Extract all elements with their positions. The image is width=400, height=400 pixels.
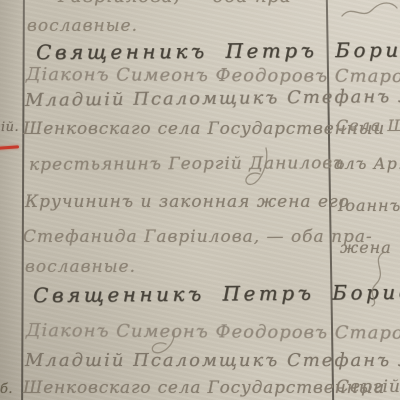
handwritten-line-mother: Стефанида Гавріилова, — оба пра- [23, 227, 373, 247]
handwritten-line: вославные. [25, 257, 136, 277]
handwritten-line-psalmist: Младшій Псаломщикъ Стефанъ Лит… [25, 85, 400, 111]
handwritten-line-priest: Священникъ Петръ Борисовъ [33, 279, 400, 307]
handwritten-line-village: Шенковскаго села Государственныи [23, 378, 385, 398]
handwritten-line-psalmist: Младшій Псаломщикъ Стефанъ Лит… [25, 350, 400, 371]
right-column-line: жена [340, 238, 392, 257]
handwritten-line-peasant: крестьянинъ Георгій Даниловъ [29, 153, 346, 175]
handwritten-line-cut-top: Гавріилова, — оба пра- [58, 0, 299, 7]
handwritten-line-priest: Священникъ Петръ Борисовъ [36, 37, 400, 64]
margin-note-bottom: б. [0, 382, 13, 397]
handwritten-line-deacon: Діаконъ Симеонъ Феодоровъ Стародубскій [26, 64, 400, 87]
right-column-line: Іоаннъ… [338, 196, 400, 215]
scanned-register-page: ій. б. Гавріилова, — оба пра- вославные.… [0, 0, 400, 400]
right-column-line: Сергій… [336, 377, 400, 397]
right-column-line: алъ Ар… [334, 154, 400, 173]
handwritten-line-village: Шенковскаго села Государственныи [23, 119, 385, 139]
handwritten-line-surname: Кручининъ и законная жена его [25, 192, 350, 212]
margin-note-top: ій. [1, 120, 19, 135]
left-margin-shade [0, 0, 22, 400]
handwritten-line-deacon: Діаконъ Симеонъ Феодоровъ Стародубскій [26, 320, 400, 344]
ink-flourish [340, 0, 398, 22]
right-column-line: Села Ш… [336, 116, 400, 135]
handwritten-line: вославные. [27, 16, 138, 36]
